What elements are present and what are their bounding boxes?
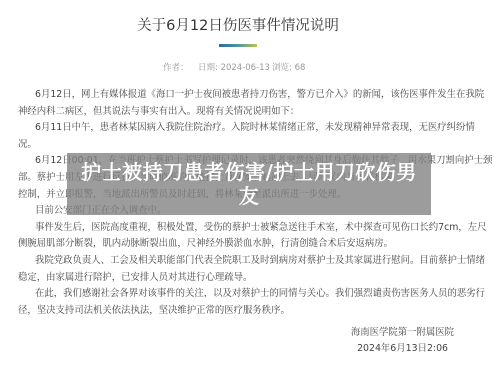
overlay-headline: 护士被持刀患者伤害/护士用刀砍伤男友 (79, 160, 419, 208)
article-page: 关于6月12日伤医事件情况说明 作者： 日期: 2024-06-13 浏览: 6… (0, 0, 500, 370)
meta-date: 日期: 2024-06-13 (198, 61, 270, 73)
body-line: 在此，我们感谢社会各界对该事件的关注，以及对蔡护士的同情与关心。我们强烈谴责伤害… (18, 286, 458, 303)
headline-overlay: 护士被持刀患者伤害/护士用刀砍伤男友 (67, 153, 431, 215)
signature-organization: 海南医学院第一附属医院 (351, 325, 454, 341)
meta-author: 作者： (163, 61, 189, 73)
signature-datetime: 2024年6月13日2:06 (351, 341, 454, 357)
article-title: 关于6月12日伤医事件情况说明 (0, 14, 476, 35)
body-line: 径，坚决支持司法机关依法执法，坚决维护正常的医疗服务秩序。 (18, 303, 458, 320)
body-line: 稳定，由家属进行陪护，已安排人员对其进行心理疏导。 (18, 270, 458, 287)
body-line: 我院党政负责人、工会及相关职能部门代表全院职工及时到病房对蔡护士及其家属进行慰问… (18, 253, 458, 270)
article-meta: 作者： 日期: 2024-06-13 浏览: 68 (0, 61, 476, 73)
body-line: 神经内科二病区，但其说法与事实有出入。现将有关情况说明如下： (18, 104, 458, 121)
body-line: 侧腕屈肌部分断裂，肌内动脉断裂出血，尺神经外膜淤血水肿，行清创缝合术后安返病房。 (18, 236, 458, 253)
body-line: 6月12日，网上有媒体报道《海口一护士夜间被患者持刀伤害，警方已介入》的新闻，该… (18, 87, 458, 104)
body-line: 6月11日中午，患者林某因病入我院住院治疗。入院时林某情绪正常，未发现精神异常表… (18, 120, 458, 137)
article-signature: 海南医学院第一附属医院 2024年6月13日2:06 (351, 325, 454, 357)
body-line: 事件发生后，医院高度重视，积极处置，受伤的蔡护士被紧急送往手术室，术中探查可见伤… (18, 220, 458, 237)
title-accent-underline (219, 44, 257, 47)
meta-views: 浏览: 68 (272, 61, 305, 73)
body-line: 况。 (18, 137, 458, 154)
